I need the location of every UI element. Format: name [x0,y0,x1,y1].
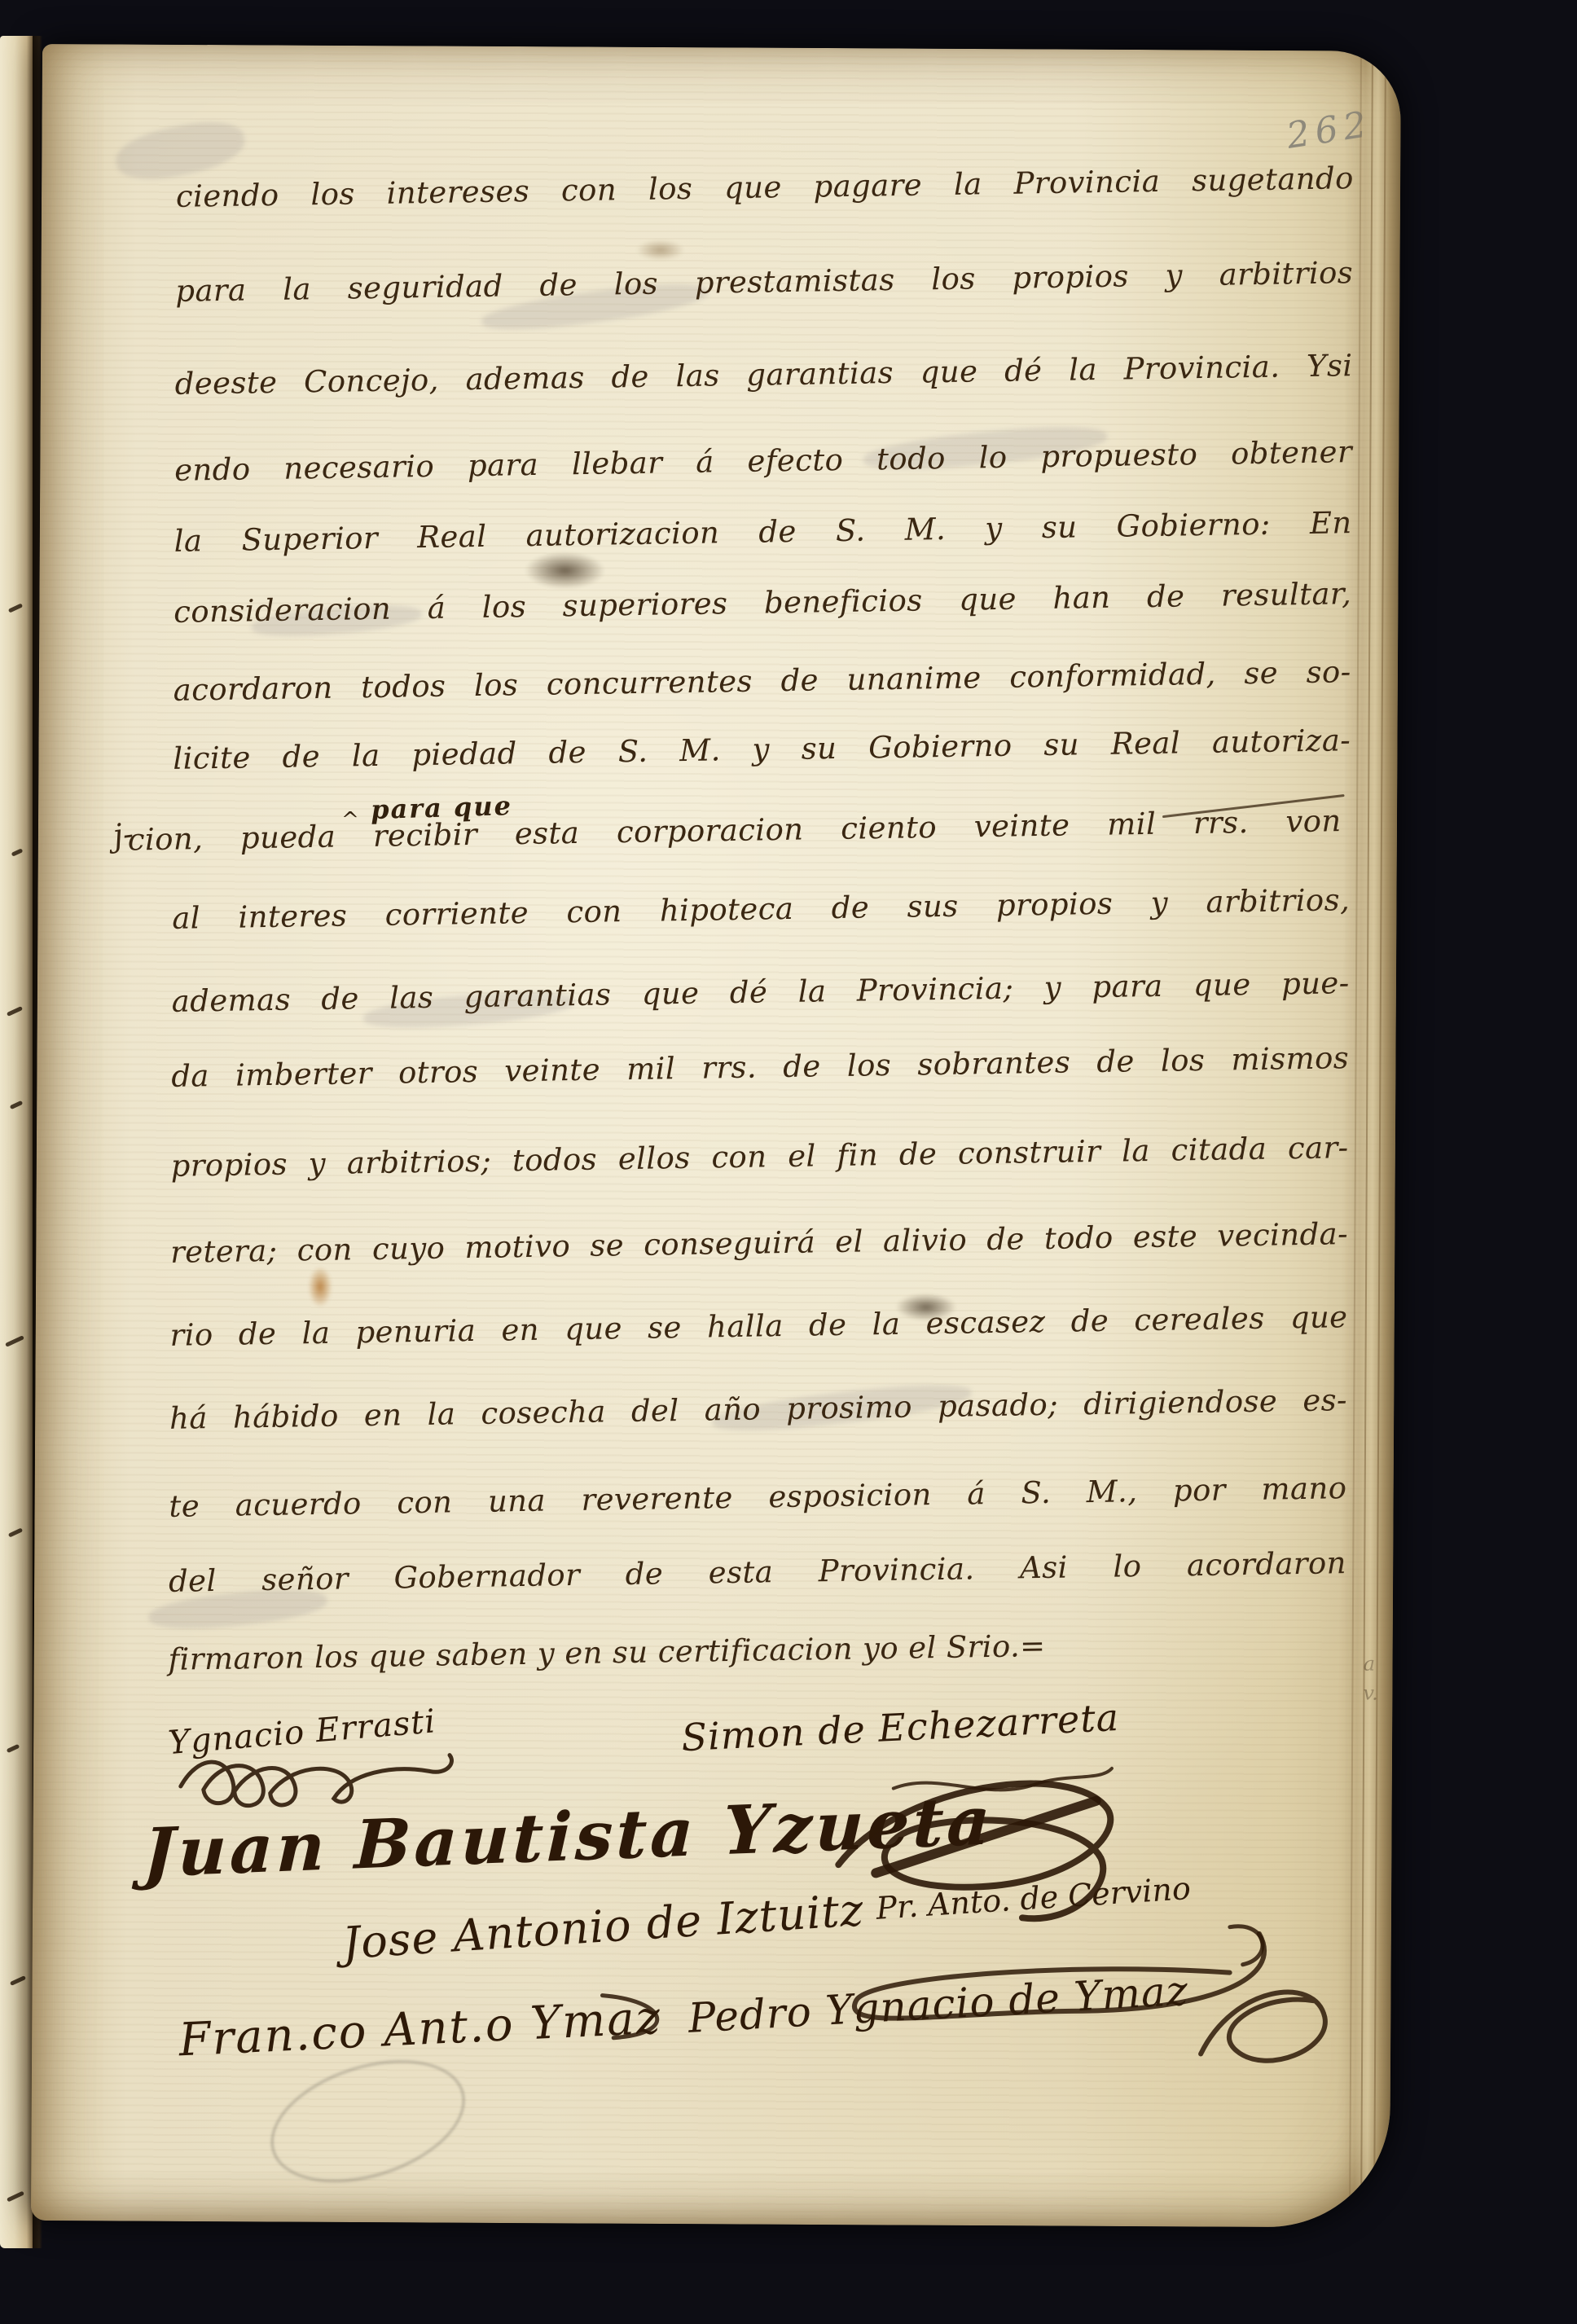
manuscript-line: ademas de las garantias que dé la Provin… [171,963,1350,1022]
manuscript-line: firmaron los que saben y en su certifica… [168,1626,1046,1680]
manuscript-line: la Superior Real autorizacion de S. M. y… [174,503,1352,562]
manuscript-line: endo necesario para llebar á efecto todo… [174,432,1353,491]
ink-mark [10,1100,24,1109]
rust-stain [309,1267,332,1307]
manuscript-line: da imberter otros veinte mil rrs. de los… [171,1038,1350,1097]
page-edge-line [1349,51,1362,2227]
ink-mark [7,1006,23,1017]
ink-mark [5,1335,24,1347]
ink-mark [10,1975,26,1986]
manuscript-line: acordaron todos los concurrentes de unan… [173,652,1351,711]
manuscript-line: propios y arbitrios; todos ellos con el … [170,1127,1349,1187]
manuscript-line: deeste Concejo, ademas de las garantias … [174,345,1353,405]
pencil-scribble [256,2038,481,2204]
signature-franco-anto-ymaz: Fran.co Ant.o Ymaz [178,1992,662,2067]
manuscript-line: del señor Gobernador de esta Provincia. … [169,1543,1347,1602]
page-edge-line [1373,51,1386,2228]
ink-blot [525,551,606,590]
page-fore-edge [1336,51,1401,2227]
manuscript-line: ciendo los intereses con los que pagare … [176,158,1355,217]
manuscript-line: retera; con cuyo motivo se conseguirá el… [170,1214,1349,1273]
manuscript-page: 262 ciendo los intereses con los que pag… [31,44,1401,2228]
ink-mark [11,848,24,856]
ink-mark [7,2191,24,2203]
ink-mark [7,1744,20,1753]
manuscript-line: te acuerdo con una reverente esposicion … [169,1468,1347,1527]
manuscript-line: consideracion á los superiores beneficio… [174,573,1352,633]
manuscript-line: cion, pueda recibir esta corporacion cie… [127,801,1342,860]
previous-page-edge [0,36,33,2248]
ink-blot [636,239,685,261]
manuscript-line: para la seguridad de los prestamistas lo… [175,253,1354,312]
page-edge-line [1360,51,1373,2228]
manuscript-line: licite de la piedad de S. M. y su Gobier… [173,720,1351,780]
rubric-flourish-pedro [1184,1948,1340,2087]
manuscript-line: há hábido en la cosecha del año prosimo … [169,1380,1348,1439]
manuscript-line: al interes corriente con hipoteca de sus… [172,880,1351,939]
photo-background: 262 ciendo los intereses con los que pag… [0,0,1577,2324]
ink-mark [8,603,23,613]
ink-mark [8,1527,23,1537]
manuscript-line: rio de la penuria en que se halla de la … [169,1297,1348,1356]
